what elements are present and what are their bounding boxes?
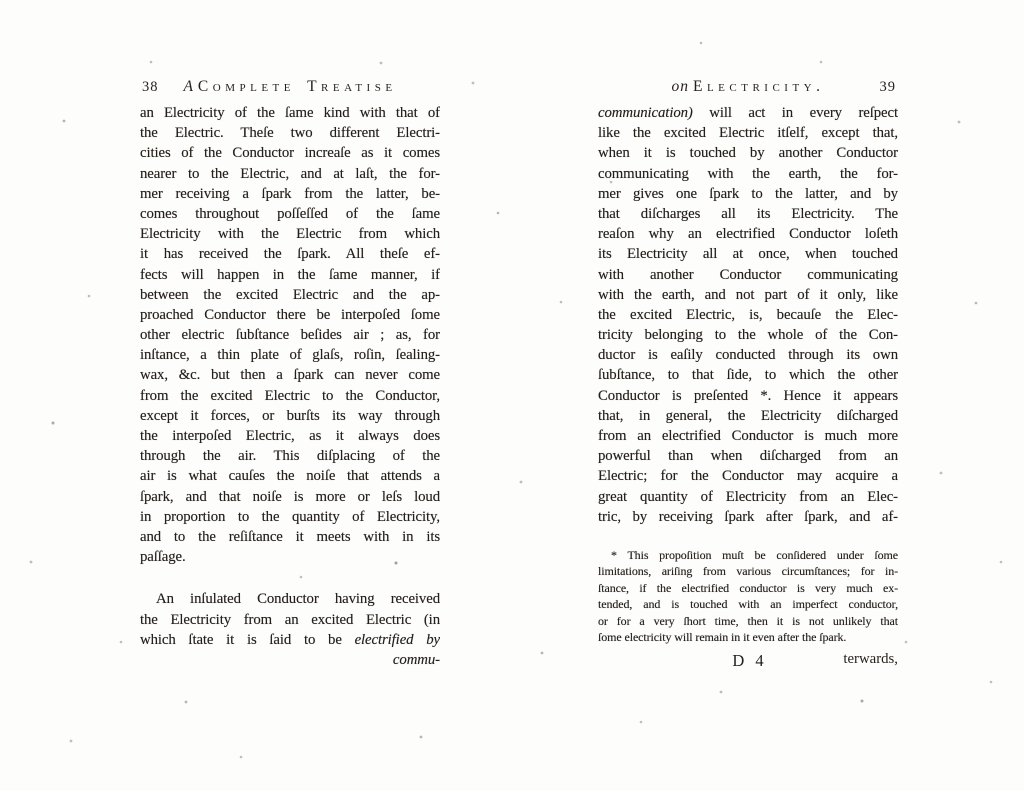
text-line: tricity belonging to the whole of the Co… (598, 325, 898, 345)
text-line: from an electrified Conductor is much mo… (598, 426, 898, 446)
paragraph-continued-lines: like the excited Electric itſelf, except… (598, 123, 898, 527)
text-line: cities of the Conductor increaſe as it c… (140, 143, 440, 163)
text-line: except it forces, or burſts its way thro… (140, 406, 440, 426)
text-line: wax, &c. but then a ſpark can never come (140, 365, 440, 385)
text-line: Electric; for the Conductor may acquire … (598, 466, 898, 486)
text-line: it has received the ſpark. All theſe ef- (140, 244, 440, 264)
text-line: an Electricity of the ſame kind with tha… (140, 103, 440, 123)
right-catchword: terwards, (843, 651, 898, 668)
text-line: mer gives one ſpark to the latter, and b… (598, 184, 898, 204)
footnote-line: ſtance, if the electrified conductor is … (598, 580, 898, 596)
text-italic: communication) (598, 105, 693, 121)
footnote-line: * This propoſition muſt be conſidered un… (598, 547, 898, 563)
right-running-head: onElectricity. 39 (598, 78, 898, 98)
text-line: that, in general, the Electricity diſcha… (598, 406, 898, 426)
left-body-text: an Electricity of the ſame kind with tha… (140, 103, 440, 670)
text-line: Conductor is preſented *. Hence it appea… (598, 386, 898, 406)
left-catchword: commu- (140, 650, 440, 670)
footnote-line: limitations, ariſing from various circum… (598, 563, 898, 579)
signature-row: D 4 terwards, (598, 651, 898, 671)
text-line: between the excited Electric and the ap- (140, 285, 440, 305)
text-line: through the air. This diſplacing of the (140, 446, 440, 466)
text-line: tric, by receiving ſpark after ſpark, an… (598, 507, 898, 527)
left-running-title-article: A (183, 78, 193, 95)
text-line: ductor is eaſily conducted through its o… (598, 345, 898, 365)
text-italic: electrified by (355, 632, 440, 648)
text-line: in proportion to the quantity of Electri… (140, 507, 440, 527)
text-line: powerful than when diſcharged from an (598, 446, 898, 466)
text-line: its Electricity all at once, when touche… (598, 244, 898, 264)
left-running-title: Complete Treatise (198, 78, 397, 95)
text-line: ſubſtance, to that ſide, to which the ot… (598, 365, 898, 385)
footnote-line: ſome electricity will remain in it even … (598, 629, 898, 645)
left-running-head: 38 AComplete Treatise (140, 78, 440, 98)
text-line: great quantity of Electricity from an El… (598, 487, 898, 507)
text-line: reaſon why an electrified Conductor loſe… (598, 224, 898, 244)
text-line: paſſage. (140, 547, 440, 567)
text-line: proached Conductor there be interpoſed ſ… (140, 305, 440, 325)
text-line: ſpark, and that noiſe is more or leſs lo… (140, 487, 440, 507)
left-page-number: 38 (142, 79, 159, 96)
signature-mark: D 4 (732, 651, 763, 671)
text-line: which ſtate it is ſaid to be electrified… (140, 630, 440, 650)
right-body-text: communication) will act in every reſpect… (598, 103, 898, 671)
text-line: with another Conductor communicating (598, 265, 898, 285)
text-line: the Electricity from an excited Electric… (140, 610, 440, 630)
right-running-title: Electricity. (693, 78, 825, 95)
text-line: nearer to the Electric, and at laſt, the… (140, 164, 440, 184)
text-line: and to the reſiſtance it meets with in i… (140, 527, 440, 547)
footnote-line: or for a very ſhort time, then it is not… (598, 613, 898, 629)
text-line: mer receiving a ſpark from the latter, b… (140, 184, 440, 204)
text-line: the interpoſed Electric, as it always do… (140, 426, 440, 446)
left-page: 38 AComplete Treatise an Electricity of … (140, 78, 440, 670)
paragraph-continued: communication) will act in every reſpect (598, 103, 898, 123)
paragraph-2: An inſulated Conductor having received t… (140, 589, 440, 650)
paragraph-1: an Electricity of the ſame kind with tha… (140, 103, 440, 567)
text-line: An inſulated Conductor having received (140, 589, 440, 609)
paragraph-break (140, 567, 440, 589)
text-line: from the excited Electric to the Conduct… (140, 386, 440, 406)
text-line: comes throughout poſſeſſed of the ſame (140, 204, 440, 224)
text-line: that diſcharges all its Electricity. The (598, 204, 898, 224)
text-roman: which ſtate it is ſaid to be (140, 632, 355, 648)
text-line: Electricity with the Electric from which (140, 224, 440, 244)
text-line: like the excited Electric itſelf, except… (598, 123, 898, 143)
text-roman: will act in every reſpect (693, 105, 898, 121)
text-line: the Electric. Theſe two different Electr… (140, 123, 440, 143)
right-page-number: 39 (880, 79, 897, 96)
text-line: other electric ſubſtance beſides air ; a… (140, 325, 440, 345)
scan-speckles (0, 0, 2, 2)
right-running-title-preposition: on (671, 78, 689, 95)
text-line: fects will happen in the ſame manner, if (140, 265, 440, 285)
text-line: when it is touched by another Conductor (598, 143, 898, 163)
footnote-line: tended, and is touched with an imperfect… (598, 596, 898, 612)
text-line: communication) will act in every reſpect (598, 103, 898, 123)
footnote: * This propoſition muſt be conſidered un… (598, 547, 898, 645)
text-line: the excited Electric, is, becauſe the El… (598, 305, 898, 325)
text-line: air is what cauſes the noiſe that attend… (140, 466, 440, 486)
text-line: inſtance, a thin plate of glaſs, roſin, … (140, 345, 440, 365)
text-line: communicating with the earth, the for- (598, 164, 898, 184)
right-page: onElectricity. 39 communication) will ac… (598, 78, 898, 671)
text-line: with the earth, and not part of it only,… (598, 285, 898, 305)
